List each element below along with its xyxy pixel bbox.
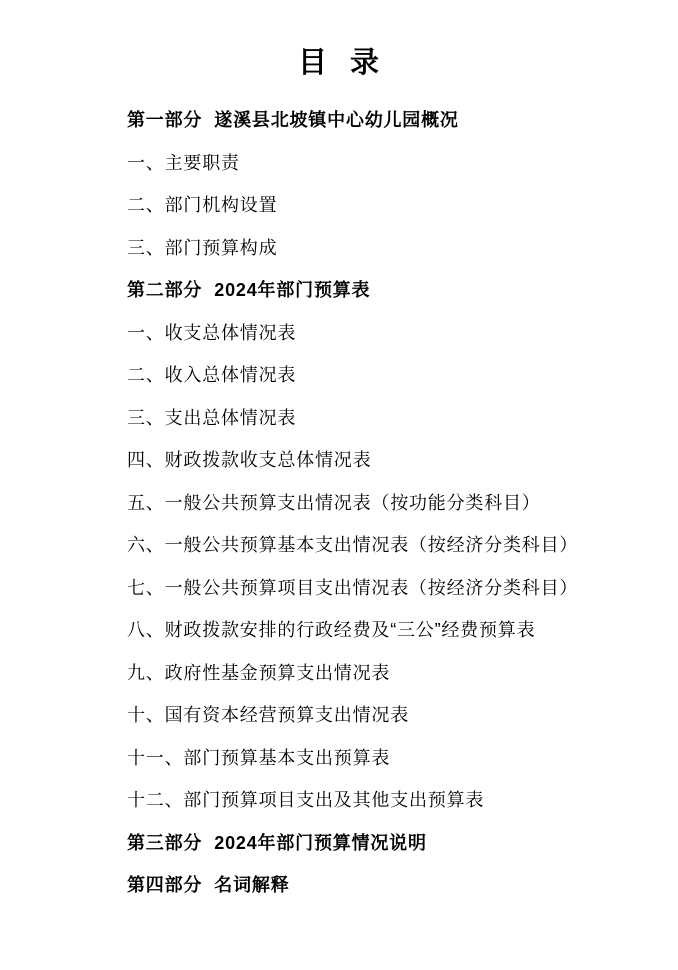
toc-entry: 一、主要职责: [127, 151, 678, 175]
toc-part-heading: 第二部分 2024年部门预算表: [127, 278, 678, 302]
toc-entry: 三、部门预算构成: [127, 236, 678, 260]
toc-entry: 一、收支总体情况表: [127, 321, 678, 345]
toc-part-heading: 第三部分 2024年部门预算情况说明: [127, 831, 678, 855]
toc-entry: 二、收入总体情况表: [127, 363, 678, 387]
toc-list: 第一部分 遂溪县北坡镇中心幼儿园概况一、主要职责二、部门机构设置三、部门预算构成…: [127, 108, 678, 897]
document-page: 目 录 第一部分 遂溪县北坡镇中心幼儿园概况一、主要职责二、部门机构设置三、部门…: [0, 0, 678, 970]
toc-entry: 六、一般公共预算基本支出情况表（按经济分类科目）: [127, 533, 678, 557]
toc-entry: 五、一般公共预算支出情况表（按功能分类科目）: [127, 491, 678, 515]
page-title: 目 录: [0, 46, 678, 81]
toc-entry: 二、部门机构设置: [127, 193, 678, 217]
toc-part-heading: 第一部分 遂溪县北坡镇中心幼儿园概况: [127, 108, 678, 132]
toc-entry: 十一、部门预算基本支出预算表: [127, 746, 678, 770]
toc-entry: 十二、部门预算项目支出及其他支出预算表: [127, 788, 678, 812]
toc-part-heading: 第四部分 名词解释: [127, 873, 678, 897]
toc-entry: 十、国有资本经营预算支出情况表: [127, 703, 678, 727]
toc-entry: 七、一般公共预算项目支出情况表（按经济分类科目）: [127, 576, 678, 600]
toc-entry: 九、政府性基金预算支出情况表: [127, 661, 678, 685]
toc-entry: 四、财政拨款收支总体情况表: [127, 448, 678, 472]
toc-entry: 三、支出总体情况表: [127, 406, 678, 430]
toc-entry: 八、财政拨款安排的行政经费及“三公”经费预算表: [127, 618, 678, 642]
